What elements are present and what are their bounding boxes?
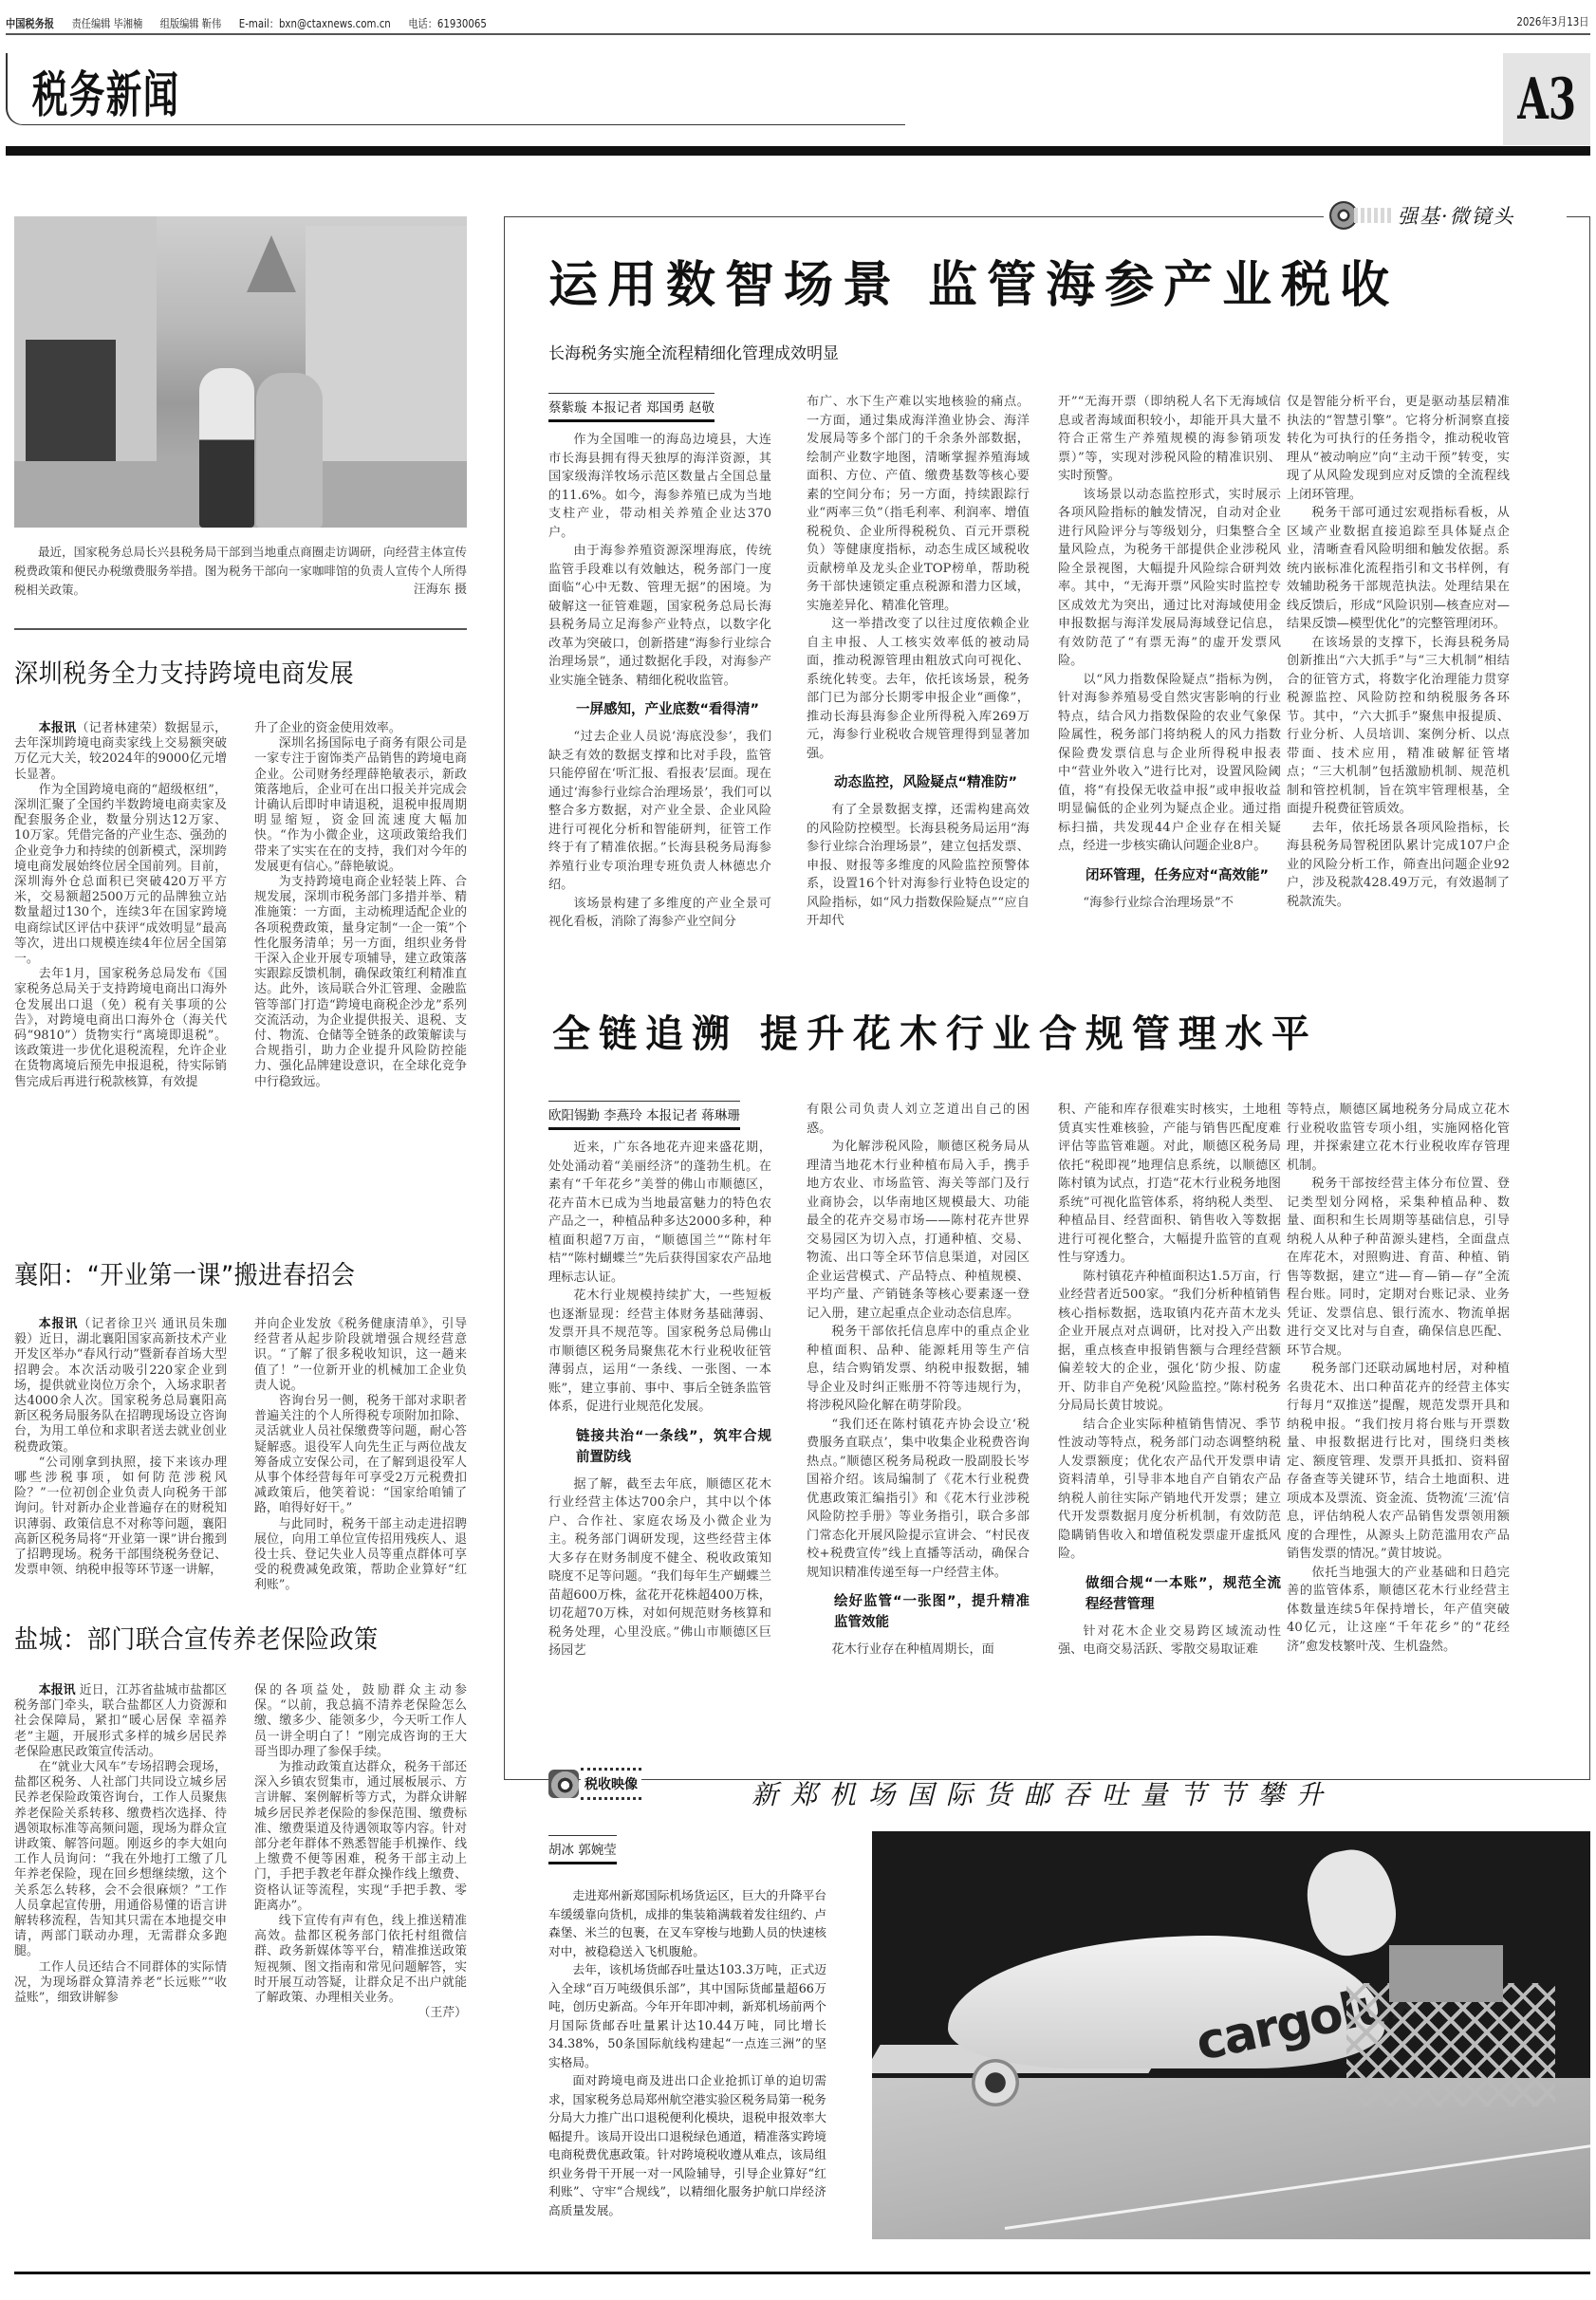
airport-article-body: 走进郑州新郑国际机场货运区，巨大的升降平台车缓缓靠向货机，成排的集装箱满载着发往…: [548, 1886, 826, 2219]
paragraph: 该场景构建了多维度的产业全景可视化看板，消除了海参产业空间分: [548, 895, 771, 932]
brief-column: 本报讯 近日，江苏省盐城市盐都区税务部门牵头，联合盐都区人力资源和社会保障局，紧…: [14, 1683, 227, 2021]
brief-body-shenzhen: 本报讯（记者林建荣）数据显示，去年深圳跨境电商卖家线上交易额突破万亿元大关，较2…: [14, 721, 467, 1090]
phone: 电话：61930065: [408, 17, 487, 30]
issue-date: 2026年3月13日: [1516, 13, 1588, 29]
masthead-bar: [6, 146, 1590, 156]
paragraph: 以“风力指数保险疑点”指标为例，针对海参养殖易受自然灾害影响的行业特点，结合风力…: [1058, 671, 1281, 856]
film-strip-icon: [1354, 208, 1392, 223]
paragraph: “海参行业综合治理场景”不: [1058, 894, 1281, 913]
paragraph: 税务干部按经营主体分布位置、登记类型划分网格，采集种植品种、数量、面积和生长周期…: [1287, 1175, 1510, 1360]
left-bottom-bar: [14, 2272, 508, 2274]
column-tag-label: 税收映像: [581, 1768, 641, 1800]
paragraph: 咨询台另一侧，税务干部对求职者普遍关注的个人所得税专项附加扣除、灵活就业人员社保…: [254, 1394, 467, 1517]
paragraph: 税务干部依托信息库中的重点企业种植面积、品种、能源耗用等生产信息，结合购销发票、…: [807, 1323, 1030, 1416]
paragraph: 走进郑州新郑国际机场货运区，巨大的升降平台车缓缓靠向货机，成排的集装箱满载着发往…: [548, 1886, 826, 1960]
article1-col1: 作为全国唯一的海岛边境县，大连市长海县拥有得天独厚的海洋资源，其国家级海洋牧场示…: [548, 431, 771, 932]
brief-title-xiangyang[interactable]: 襄阳：“开业第一课”搬进春招会: [14, 1254, 355, 1291]
photo-credit: 汪海东 摄: [414, 581, 467, 600]
photo-door: [26, 340, 116, 477]
bottom-bar: [504, 2272, 1590, 2274]
paragraph: 去年，该机场货邮吞吐量达103.3万吨，正式迈入全球“百万吨级俱乐部”，其中国际…: [548, 1960, 826, 2071]
section-subhead: 链接共治“一条线”，筑牢合规前置防线: [548, 1426, 771, 1468]
section-subhead: 绘好监管“一张图”，提升精准监管效能: [807, 1591, 1030, 1633]
column-tag-grassroots: 强基·微镜头: [1324, 196, 1567, 234]
paragraph: 保的各项益处，鼓励群众主动参保。“以前，我总搞不清养老保险怎么缴、缴多少、能领多…: [254, 1683, 467, 1760]
paragraph: 为化解涉税风险，顺德区税务局从理清当地花木行业种植布局入手，携手地方农业、市场监…: [807, 1138, 1030, 1323]
photo-tower: [247, 235, 296, 292]
paragraph: 作为全国跨境电商的“超级枢纽”，深圳汇聚了全国约半数跨境电商卖家及配套服务企业，…: [14, 783, 227, 967]
column-tag-label: 强基·微镜头: [1398, 201, 1515, 230]
paragraph: 开”“无海开票（即纳税人名下无海域信息或者海域面积较小，却能开具大量不符合正常生…: [1058, 393, 1281, 486]
paragraph: 税务干部可通过宏观指标看板，从区域产业数据直接追踪至具体疑点企业，清晰查看风险明…: [1287, 504, 1510, 634]
paragraph: 面对跨境电商及进出口企业抢抓订单的迫切需求，国家税务总局郑州航空港实验区税务局第…: [548, 2071, 826, 2219]
column-tag-tax-imaging: 税收映像: [548, 1765, 662, 1803]
headline-sea-cucumber[interactable]: 运用数智场景 监管海参产业税收: [548, 245, 1399, 316]
article1-col2: 布广、水下生产难以实地核验的痛点。一方面，通过集成海洋渔业协会、海洋发展局等多个…: [807, 393, 1030, 931]
paragraph: 税务部门还联动属地村居，对种植名贵花木、出口种苗花卉的经营主体实行每月“双推送”…: [1287, 1360, 1510, 1564]
page-number: A3: [1517, 66, 1576, 133]
paragraph: 有了全景数据支撑，还需构建高效的风险防控模型。长海县税务局运用“海参行业综合治理…: [807, 801, 1030, 931]
paragraph: 并向企业发放《税务健康清单》，引导经营者从起步阶段就增强合规经营意识。“了解了很…: [254, 1317, 467, 1394]
lead-label: 本报讯: [39, 721, 77, 735]
paragraph: 在该场景的支撑下，长海县税务局创新推出“六大抓手”与“三大机制”相结合的征管方式…: [1287, 634, 1510, 819]
photo-cargo-pallet: [1389, 1945, 1503, 2002]
photo-cargo-plane-loading: cargolux: [872, 1831, 1590, 2239]
page-number-badge: A3: [1503, 53, 1590, 145]
paragraph: 针对花木企业交易跨区域流动性强、电商交易活跃、零散交易取证难: [1058, 1623, 1281, 1660]
paragraph: 去年1月，国家税务总局发布《国家税务总局关于支持跨境电商出口海外仓发展出口退（免…: [14, 967, 227, 1090]
paragraph: 在“就业大风车”专场招聘会现场，盐都区税务、人社部门共同设立城乡居民养老保险政策…: [14, 1760, 227, 1960]
article2-col2: 有限公司负责人刘立芝道出自己的困惑。 为化解涉税风险，顺德区税务局从理清当地花木…: [807, 1101, 1030, 1660]
paragraph: “我们还在陈村镇花卉协会设立‘税费服务直联点’，集中收集企业税费咨询热点。”顺德…: [807, 1416, 1030, 1583]
paragraph: “公司刚拿到执照，接下来该办理哪些涉税事项，如何防范涉税风险？”一位初创企业负责…: [14, 1456, 227, 1579]
brief-title-shenzhen[interactable]: 深圳税务全力支持跨境电商发展: [14, 653, 354, 690]
paragraph: 深圳名扬国际电子商务有限公司是一家专注于窗饰类产品销售的跨境电商企业。公司财务经…: [254, 736, 467, 875]
reporter: （记者林建荣）: [77, 721, 165, 735]
camera-icon: [548, 1770, 579, 1798]
byline-flower-industry: 欧阳锡勤 李燕玲 本报记者 蒋琳珊: [548, 1101, 740, 1130]
paragraph: 与此同时，税务干部主动走进招聘展位，向用工单位宣传招用残疾人、退役士兵、登记失业…: [254, 1517, 467, 1594]
left-divider: [14, 628, 467, 630]
paragraph: 由于海参养殖资源深埋海底，传统监管手段难以有效触达，税务部门一度面临“心中无数、…: [548, 542, 771, 690]
paragraph: 花木行业存在种植周期长，面: [807, 1641, 1030, 1660]
paragraph: 花木行业规模持续扩大，一些短板也逐渐显现：经营主体财务基础薄弱、发票开具不规范等…: [548, 1287, 771, 1417]
brief-column: 升了企业的资金使用效率。 深圳名扬国际电子商务有限公司是一家专注于窗饰类产品销售…: [254, 721, 467, 1090]
paragraph: 布广、水下生产难以实地核验的痛点。一方面，通过集成海洋渔业协会、海洋发展局等多个…: [807, 393, 1030, 615]
paragraph: 升了企业的资金使用效率。: [254, 721, 467, 736]
brief-title-yancheng[interactable]: 盐城：部门联合宣传养老保险政策: [14, 1619, 379, 1656]
photo-person-officer: [199, 368, 254, 528]
brief-column: 保的各项益处，鼓励群众主动参保。“以前，我总搞不清养老保险怎么缴、缴多少、能领多…: [254, 1683, 467, 2021]
paragraph: 为支持跨境电商企业轻装上阵、合规发展，深圳市税务部门多措并举、精准施策：一方面，…: [254, 875, 467, 1090]
photo-engine: [972, 2059, 1019, 2106]
photo-tax-officer-visiting-cafe: [14, 216, 467, 528]
section-subhead: 闭环管理，任务应对“高效能”: [1058, 865, 1281, 886]
brief-column: 本报讯（记者林建荣）数据显示，去年深圳跨境电商卖家线上交易额突破万亿元大关，较2…: [14, 721, 227, 1090]
photo-building-right: [306, 226, 467, 473]
article1-col3: 开”“无海开票（即纳税人名下无海域信息或者海域面积较小，却能开具大量不符合正常生…: [1058, 393, 1281, 912]
paragraph: 积、产能和库存很难实时核实，土地租赁真实性难核验，产能与销售匹配度难评估等监管难…: [1058, 1101, 1281, 1268]
section-title: 税务新闻: [32, 55, 180, 126]
email[interactable]: E-mail：bxn@ctaxnews.com.cn: [239, 17, 391, 30]
section-subhead: 一屏感知，产业底数“看得清”: [548, 699, 771, 720]
paragraph: 该场景以动态监控形式，实时展示各项风险指标的触发情况，自动对企业进行风险评分与等…: [1058, 486, 1281, 671]
paragraph: 有限公司负责人刘立芝道出自己的困惑。: [807, 1101, 1030, 1138]
brief-body-xiangyang: 本报讯（记者徐卫兴 通讯员朱珈毅）近日，湖北襄阳国家高新技术产业开发区举办“春风…: [14, 1317, 467, 1594]
article2-col4: 等特点，顺德区属地税务分局成立花木行业税收监管专项小组，实施网格化管理，并探索建…: [1287, 1101, 1510, 1656]
page-header-meta: 中国税务报 责任编辑 毕湘楠 组版编辑 靳伟 E-mail：bxn@ctaxne…: [6, 11, 1595, 34]
paragraph: 结合企业实际种植销售情况、季节性波动等特点，税务部门动态调整纳税人发票额度；优化…: [1058, 1416, 1281, 1564]
responsible-editor: 责任编辑 毕湘楠: [72, 17, 143, 30]
article2-col1: 近来，广东各地花卉迎来盛花期，处处涌动着“美丽经济”的蓬勃生机。在素有“千年花乡…: [548, 1139, 771, 1660]
header-divider: [6, 33, 1590, 35]
article2-col3: 积、产能和库存很难实时核实，土地租赁真实性难核验，产能与销售匹配度难评估等监管难…: [1058, 1101, 1281, 1660]
lead-label: 本报讯: [39, 1683, 76, 1697]
paragraph: “过去企业人员说‘海底没参’，我们缺乏有效的数据支撑和比对手段，监管只能停留在‘…: [548, 728, 771, 895]
paragraph: 这一举措改变了以往过度依赖企业自主申报、人工核实效率低的被动局面，推动税源管理由…: [807, 615, 1030, 763]
paragraph: 陈村镇花卉种植面积达1.5万亩，行业经营者近500家。“我们分析种植销售核心指标…: [1058, 1268, 1281, 1416]
paragraph: 工作人员还结合不同群体的实际情况，为现场群众算清养老“长远账”“收益账”，细致讲…: [14, 1960, 227, 2007]
photo-person-owner: [256, 373, 323, 528]
paragraph: 为推动政策直达群众，税务干部还深入乡镇农贸集市，通过展板展示、方言讲解、案例解析…: [254, 1760, 467, 1914]
paragraph: 去年，依托场景各项风险指标，长海县税务局智税团队累计完成107户企业的风险分析工…: [1287, 819, 1510, 912]
brief-column: 并向企业发放《税务健康清单》，引导经营者从起步阶段就增强合规经营意识。“了解了很…: [254, 1317, 467, 1594]
paragraph: 作为全国唯一的海岛边境县，大连市长海县拥有得天独厚的海洋资源，其国家级海洋牧场示…: [548, 431, 771, 542]
byline-airport: 胡冰 郭婉莹: [548, 1835, 617, 1864]
paragraph: 依托当地强大的产业基础和日趋完善的监管体系，顺德区花木行业经营主体数量连续5年保…: [1287, 1564, 1510, 1657]
paragraph: 近日，湖北襄阳国家高新技术产业开发区举办“春风行动”暨新春首场大型招聘会。本次活…: [14, 1332, 227, 1454]
paragraph: 据了解，截至去年底，顺德区花木行业经营主体达700余户，其中以个体户、合作社、家…: [548, 1475, 771, 1660]
photo-open-nose: [1300, 1844, 1402, 1961]
section-subhead: 做细合规“一本账”，规范全流程经营管理: [1058, 1573, 1281, 1615]
brief-column: 本报讯（记者徐卫兴 通讯员朱珈毅）近日，湖北襄阳国家高新技术产业开发区举办“春风…: [14, 1317, 227, 1594]
lead-label: 本报讯: [39, 1317, 79, 1331]
paragraph: 近来，广东各地花卉迎来盛花期，处处涌动着“美丽经济”的蓬勃生机。在素有“千年花乡…: [548, 1139, 771, 1287]
paragraph: 线下宣传有声有色，线上推送精准高效。盐都区税务部门依托村组微信群、政务新媒体等平…: [254, 1914, 467, 2005]
section-subhead: 动态监控，风险疑点“精准防”: [807, 772, 1030, 793]
subheadline-sea-cucumber: 长海税务实施全流程精细化管理成效明显: [548, 340, 839, 363]
headline-flower-industry[interactable]: 全链追溯 提升花木行业合规管理水平: [552, 1004, 1318, 1058]
section-masthead: 税务新闻: [6, 53, 905, 125]
byline-sea-cucumber: 蔡紫璇 本报记者 郑国勇 赵敬: [548, 393, 714, 422]
photo-caption: 最近，国家税务总局长兴县税务局干部到当地重点商圈走访调研，向经营主体宣传税费政策…: [14, 543, 467, 600]
headline-zhengzhou-airport[interactable]: 新郑机场国际货邮吞吐量节节攀升: [752, 1774, 1335, 1812]
paragraph: 等特点，顺德区属地税务分局成立花木行业税收监管专项小组，实施网格化管理，并探索建…: [1287, 1101, 1510, 1175]
header-meta: 中国税务报 责任编辑 毕湘楠 组版编辑 靳伟 E-mail：bxn@ctaxne…: [6, 15, 501, 31]
caption-text: 最近，国家税务总局长兴县税务局干部到当地重点商圈走访调研，向经营主体宣传税费政策…: [14, 545, 467, 597]
paper-name: 中国税务报: [6, 17, 54, 30]
signature: （王芹）: [394, 2006, 467, 2021]
article1-col4: 仅是智能分析平台，更是驱动基层精准执法的“智慧引擎”。它将分析洞察直接转化为可执…: [1287, 393, 1510, 911]
brief-body-yancheng: 本报讯 近日，江苏省盐城市盐都区税务部门牵头，联合盐都区人力资源和社会保障局，紧…: [14, 1683, 467, 2021]
paragraph: 仅是智能分析平台，更是驱动基层精准执法的“智慧引擎”。它将分析洞察直接转化为可执…: [1287, 393, 1510, 504]
layout-editor: 组版编辑 靳伟: [160, 17, 221, 30]
